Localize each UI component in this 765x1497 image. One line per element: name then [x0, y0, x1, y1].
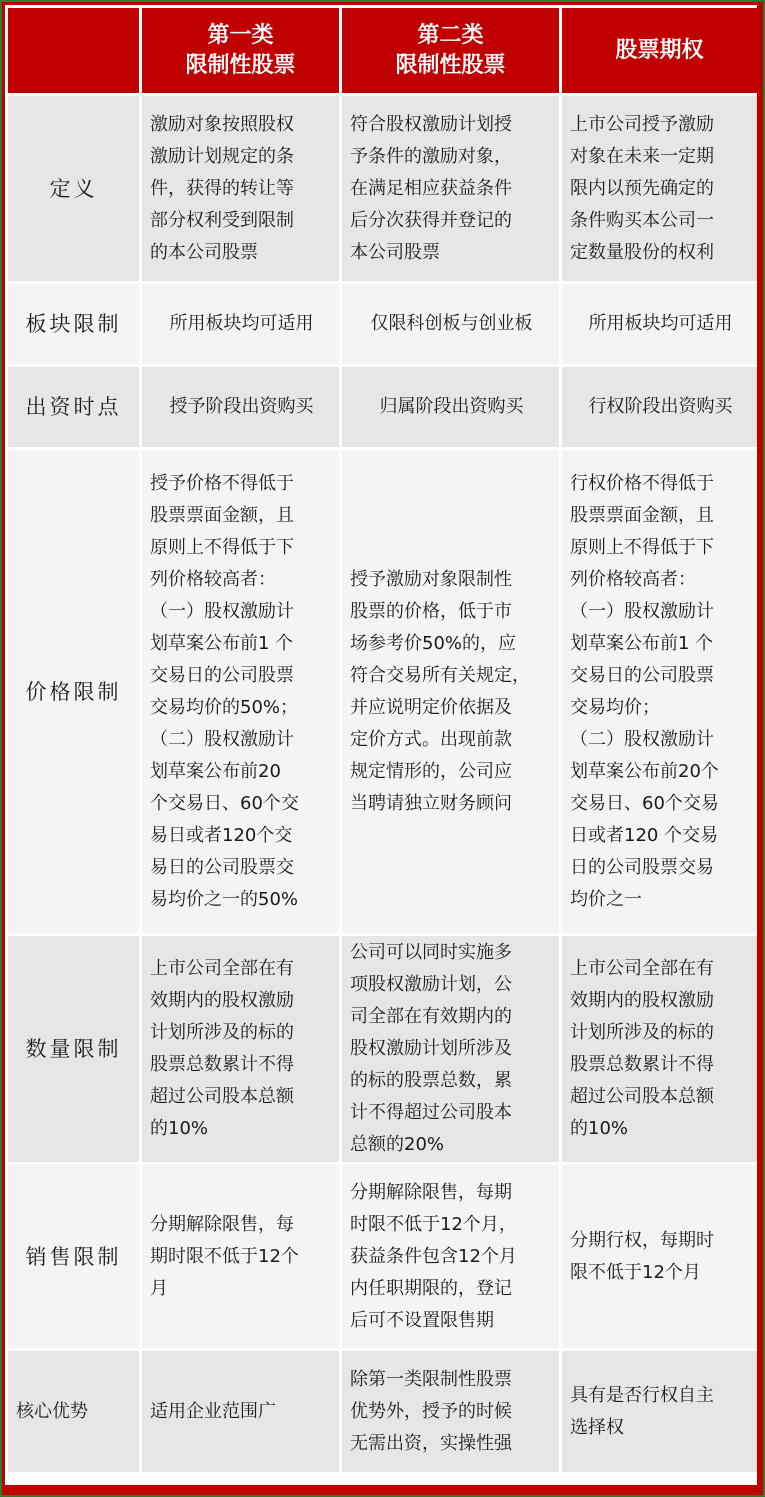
table-cell: 激励对象按照股权 激励计划规定的条 件，获得的转让等 部分权利受到限制 的本公司…: [142, 96, 339, 281]
table-cell: 授予阶段出资购买: [142, 367, 339, 447]
table-cell: 分期解除限售，每 期时限不低于12个 月: [142, 1165, 339, 1348]
table-cell: 上市公司全部在有 效期内的股权激励 计划所涉及的标的 股票总数累计不得 超过公司…: [562, 936, 757, 1162]
row-board-limit: 板块限制 所用板块均可适用 仅限科创板与创业板 所用板块均可适用: [8, 284, 757, 364]
row-definition: 定义 激励对象按照股权 激励计划规定的条 件，获得的转让等 部分权利受到限制 的…: [8, 96, 757, 281]
table-cell: 仅限科创板与创业板: [342, 284, 559, 364]
row-core-advantage: 核心优势 适用企业范围广 除第一类限制性股票 优势外，授予的时候 无需出资，实操…: [8, 1351, 757, 1472]
header-type1-restricted-stock: 第一类 限制性股票: [142, 8, 339, 93]
table-cell: 符合股权激励计划授 予条件的激励对象， 在满足相应获益条件 后分次获得并登记的 …: [342, 96, 559, 281]
row-quantity-limit: 数量限制 上市公司全部在有 效期内的股权激励 计划所涉及的标的 股票总数累计不得…: [8, 936, 757, 1162]
table-cell: 行权阶段出资购买: [562, 367, 757, 447]
header-stock-options: 股票期权: [562, 8, 757, 93]
header-type2-restricted-stock: 第二类 限制性股票: [342, 8, 559, 93]
table-cell: 授予价格不得低于 股票票面金额，且 原则上不得低于下 列价格较高者： （一）股权…: [142, 450, 339, 933]
row-label: 价格限制: [8, 450, 139, 933]
row-label: 板块限制: [8, 284, 139, 364]
table-container: 第一类 限制性股票 第二类 限制性股票 股票期权 定义 激励对象按照股权 激励计…: [5, 5, 757, 1485]
table-cell: 适用企业范围广: [142, 1351, 339, 1472]
row-label: 销售限制: [8, 1165, 139, 1348]
table-cell: 上市公司全部在有 效期内的股权激励 计划所涉及的标的 股票总数累计不得 超过公司…: [142, 936, 339, 1162]
row-label: 数量限制: [8, 936, 139, 1162]
table-cell: 分期行权，每期时 限不低于12个月: [562, 1165, 757, 1348]
table-cell: 除第一类限制性股票 优势外，授予的时候 无需出资，实操性强: [342, 1351, 559, 1472]
table-cell: 行权价格不得低于 股票票面金额，且 原则上不得低于下 列价格较高者： （一）股权…: [562, 450, 757, 933]
row-label: 出资时点: [8, 367, 139, 447]
row-sale-restriction: 销售限制 分期解除限售，每 期时限不低于12个 月 分期解除限售，每期 时限不低…: [8, 1165, 757, 1348]
table-cell: 归属阶段出资购买: [342, 367, 559, 447]
row-price-limit: 价格限制 授予价格不得低于 股票票面金额，且 原则上不得低于下 列价格较高者： …: [8, 450, 757, 933]
row-funding-timing: 出资时点 授予阶段出资购买 归属阶段出资购买 行权阶段出资购买: [8, 367, 757, 447]
header-corner: [8, 8, 139, 93]
table-cell: 授予激励对象限制性 股票的价格，低于市 场参考价50%的，应 符合交易所有关规定…: [342, 450, 559, 933]
comparison-table: 第一类 限制性股票 第二类 限制性股票 股票期权 定义 激励对象按照股权 激励计…: [5, 5, 760, 1475]
row-label: 定义: [8, 96, 139, 281]
table-cell: 公司可以同时实施多 项股权激励计划，公 司全部在有效期内的 股权激励计划所涉及 …: [342, 936, 559, 1162]
row-label: 核心优势: [8, 1351, 139, 1472]
table-cell: 所用板块均可适用: [142, 284, 339, 364]
table-cell: 分期解除限售，每期 时限不低于12个月， 获益条件包含12个月 内任职期限的，登…: [342, 1165, 559, 1348]
table-cell: 所用板块均可适用: [562, 284, 757, 364]
table-cell: 上市公司授予激励 对象在未来一定期 限内以预先确定的 条件购买本公司一 定数量股…: [562, 96, 757, 281]
table-cell: 具有是否行权自主 选择权: [562, 1351, 757, 1472]
header-row: 第一类 限制性股票 第二类 限制性股票 股票期权: [8, 8, 757, 93]
